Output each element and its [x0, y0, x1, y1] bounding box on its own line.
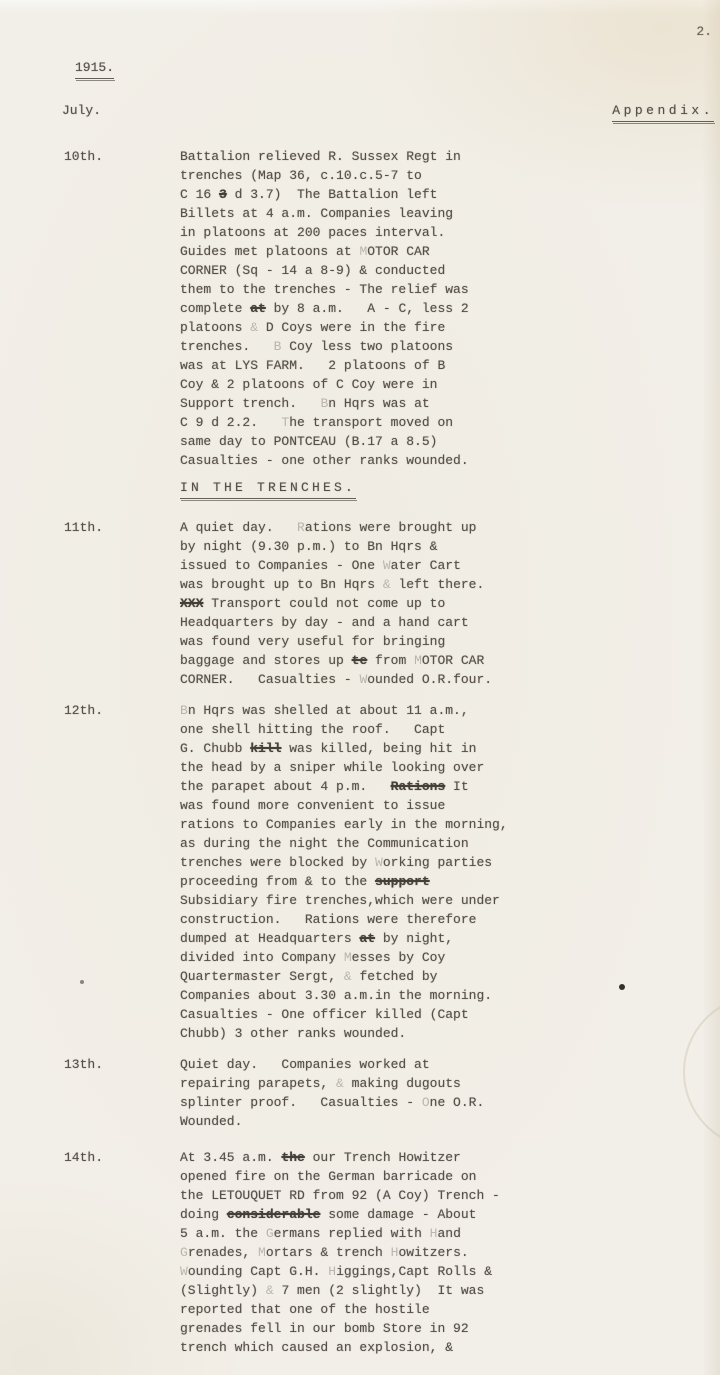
text-line: same day to PONTCEAU (B.17 a 8.5): [180, 432, 710, 451]
text-segment: (Slightly): [180, 1283, 266, 1298]
text-segment: orking parties: [383, 855, 492, 870]
text-segment: was found very useful for bringing: [180, 634, 445, 649]
text-segment: fetched by: [352, 969, 438, 984]
entry-date: 10th.: [64, 147, 180, 470]
text-segment: Casualties - one other ranks wounded.: [180, 453, 469, 468]
text-line: the head by a sniper while looking over: [180, 758, 710, 777]
text-segment: OTOR CAR: [422, 653, 484, 668]
text-line: XXX Transport could not come up to: [180, 594, 710, 613]
text-segment: Battalion relieved R. Sussex Regt in: [180, 149, 461, 164]
text-line: rations to Companies early in the mornin…: [180, 815, 710, 834]
text-segment: Companies about 3.30 a.m.in the morning.: [180, 988, 492, 1003]
text-segment: by 8 a.m. A - C, less 2: [266, 301, 469, 316]
text-line: Wounding Capt G.H. Higgings,Capt Rolls &: [180, 1262, 710, 1281]
text-line: as during the night the Communication: [180, 834, 710, 853]
text-segment: and: [437, 1226, 460, 1241]
text-segment: the: [281, 1150, 304, 1165]
text-segment: at: [250, 301, 266, 316]
text-segment: &: [250, 320, 258, 335]
text-segment: trenches (Map 36, c.10.c.5-7 to: [180, 168, 422, 183]
text-segment: issued to Companies - One: [180, 558, 383, 573]
diary-entry-13th: 13th.Quiet day. Companies worked atrepai…: [64, 1055, 710, 1131]
text-line: trenches were blocked by Working parties: [180, 853, 710, 872]
text-segment: rations to Companies early in the mornin…: [180, 817, 508, 832]
section-heading-text: IN THE TRENCHES.: [180, 478, 356, 499]
text-line: C 16 3 d 3.7) The Battalion left: [180, 185, 710, 204]
text-line: Grenades, Mortars & trench Howitzers.: [180, 1243, 710, 1262]
text-line: opened fire on the German barricade on: [180, 1167, 710, 1186]
text-segment: C 9 d 2.2.: [180, 415, 281, 430]
appendix-text: Appendix.: [612, 101, 714, 122]
text-segment: M: [414, 653, 422, 668]
text-line: splinter proof. Casualties - One O.R.: [180, 1093, 710, 1112]
text-segment: XXX: [180, 596, 203, 611]
text-segment: was killed, being hit in: [281, 741, 476, 756]
text-line: Chubb) 3 other ranks wounded.: [180, 1024, 710, 1043]
entry-body: Quiet day. Companies worked atrepairing …: [180, 1055, 710, 1131]
text-segment: complete: [180, 301, 250, 316]
text-segment: &: [266, 1283, 274, 1298]
text-segment: Wounded.: [180, 1114, 242, 1129]
ink-speck: [80, 980, 84, 984]
text-line: platoons & D Coys were in the fire: [180, 318, 710, 337]
text-segment: W: [383, 558, 391, 573]
text-segment: OTOR CAR: [367, 244, 429, 259]
text-line: Casualties - One officer killed (Capt: [180, 1005, 710, 1024]
text-segment: It: [445, 779, 468, 794]
text-segment: was brought up to Bn Hqrs: [180, 577, 383, 592]
text-line: G. Chubb kill was killed, being hit in: [180, 739, 710, 758]
text-segment: R: [297, 520, 305, 535]
text-segment: Chubb) 3 other ranks wounded.: [180, 1026, 406, 1041]
text-line: trench which caused an explosion, &: [180, 1338, 710, 1357]
text-segment: CORNER (Sq - 14 a 8-9) & conducted: [180, 263, 445, 278]
text-line: proceeding from & to the support: [180, 872, 710, 891]
appendix-label: Appendix.: [612, 101, 714, 122]
text-segment: H: [328, 1264, 336, 1279]
text-segment: ne O.R.: [430, 1095, 485, 1110]
text-line: Quiet day. Companies worked at: [180, 1055, 710, 1074]
entry-date: 12th.: [64, 701, 180, 1043]
text-line: Casualties - one other ranks wounded.: [180, 451, 710, 470]
text-segment: At 3.45 a.m.: [180, 1150, 281, 1165]
text-line: the LETOUQUET RD from 92 (A Coy) Trench …: [180, 1186, 710, 1205]
text-segment: opened fire on the German barricade on: [180, 1169, 476, 1184]
entry-body: At 3.45 a.m. the our Trench Howitzeropen…: [180, 1148, 710, 1357]
text-line: trenches. B Coy less two platoons: [180, 337, 710, 356]
text-segment: Billets at 4 a.m. Companies leaving: [180, 206, 453, 221]
text-segment: the parapet about 4 p.m.: [180, 779, 391, 794]
entry-date: 11th.: [64, 518, 180, 689]
text-line: was at LYS FARM. 2 platoons of B: [180, 356, 710, 375]
entry-date: 14th.: [64, 1148, 180, 1357]
text-line: baggage and stores up te from MOTOR CAR: [180, 651, 710, 670]
text-segment: Transport could not come up to: [203, 596, 445, 611]
text-segment: the LETOUQUET RD from 92 (A Coy) Trench …: [180, 1188, 500, 1203]
text-segment: divided into Company: [180, 950, 344, 965]
text-segment: Quartermaster Sergt,: [180, 969, 344, 984]
text-segment: same day to PONTCEAU (B.17 a 8.5): [180, 434, 437, 449]
text-segment: splinter proof. Casualties -: [180, 1095, 422, 1110]
text-segment: construction. Rations were therefore: [180, 912, 476, 927]
text-segment: platoons: [180, 320, 250, 335]
text-segment: ations were brought up: [305, 520, 477, 535]
text-segment: ounding Capt G.H.: [188, 1264, 328, 1279]
text-segment: 3: [219, 187, 227, 202]
text-line: Subsidiary fire trenches,which were unde…: [180, 891, 710, 910]
text-segment: iggings,Capt Rolls &: [336, 1264, 492, 1279]
text-segment: te: [352, 653, 368, 668]
text-segment: some damage - About: [320, 1207, 476, 1222]
text-segment: 5 a.m. the: [180, 1226, 266, 1241]
diary-entry-11th: 11th.A quiet day. Rations were brought u…: [64, 518, 710, 689]
text-segment: d 3.7) The Battalion left: [227, 187, 438, 202]
text-segment: 7 men (2 slightly) It was: [274, 1283, 485, 1298]
text-segment: n Hqrs was at: [328, 396, 429, 411]
ink-speck: [619, 984, 625, 990]
text-line: them to the trenches - The relief was: [180, 280, 710, 299]
text-line: Guides met platoons at MOTOR CAR: [180, 242, 710, 261]
text-segment: C 16: [180, 187, 219, 202]
text-line: issued to Companies - One Water Cart: [180, 556, 710, 575]
entry-body: A quiet day. Rations were brought upby n…: [180, 518, 710, 689]
entry-date: 13th.: [64, 1055, 180, 1131]
text-segment: by night (9.30 p.m.) to Bn Hqrs &: [180, 539, 437, 554]
text-line: construction. Rations were therefore: [180, 910, 710, 929]
text-segment: trenches.: [180, 339, 274, 354]
year-heading: 1915.: [75, 58, 114, 79]
text-segment: doing: [180, 1207, 227, 1222]
text-segment: reported that one of the hostile: [180, 1302, 430, 1317]
text-line: repairing parapets, & making dugouts: [180, 1074, 710, 1093]
text-segment: grenades fell in our bomb Store in 92: [180, 1321, 469, 1336]
page-number: 2.: [696, 22, 712, 41]
text-line: dumped at Headquarters at by night,: [180, 929, 710, 948]
text-line: was found very useful for bringing: [180, 632, 710, 651]
text-segment: our Trench Howitzer: [305, 1150, 461, 1165]
text-line: Support trench. Bn Hqrs was at: [180, 394, 710, 413]
text-segment: Coy less two platoons: [281, 339, 453, 354]
text-segment: baggage and stores up: [180, 653, 352, 668]
text-line: reported that one of the hostile: [180, 1300, 710, 1319]
entry-body: Bn Hqrs was shelled at about 11 a.m.,one…: [180, 701, 710, 1043]
text-line: was found more convenient to issue: [180, 796, 710, 815]
section-heading: IN THE TRENCHES.: [180, 478, 710, 499]
text-line: Billets at 4 a.m. Companies leaving: [180, 204, 710, 223]
text-segment: owitzers.: [398, 1245, 468, 1260]
text-line: was brought up to Bn Hqrs & left there.: [180, 575, 710, 594]
text-segment: ortars & trench: [266, 1245, 391, 1260]
text-segment: by night,: [375, 931, 453, 946]
text-segment: &: [383, 577, 391, 592]
text-line: complete at by 8 a.m. A - C, less 2: [180, 299, 710, 318]
text-segment: O: [422, 1095, 430, 1110]
text-line: Bn Hqrs was shelled at about 11 a.m.,: [180, 701, 710, 720]
diary-blocks: 10th.Battalion relieved R. Sussex Regt i…: [64, 147, 710, 1357]
text-segment: &: [344, 969, 352, 984]
text-line: CORNER (Sq - 14 a 8-9) & conducted: [180, 261, 710, 280]
text-segment: support: [375, 874, 430, 889]
text-segment: was at LYS FARM. 2 platoons of B: [180, 358, 445, 373]
text-segment: W: [180, 1264, 188, 1279]
text-segment: G: [266, 1226, 274, 1241]
text-segment: CORNER. Casualties -: [180, 672, 359, 687]
text-segment: proceeding from & to the: [180, 874, 375, 889]
text-segment: ater Cart: [391, 558, 461, 573]
year-text: 1915.: [75, 58, 114, 79]
text-line: Wounded.: [180, 1112, 710, 1131]
text-segment: M: [258, 1245, 266, 1260]
text-segment: in platoons at 200 paces interval.: [180, 225, 445, 240]
text-line: C 9 d 2.2. The transport moved on: [180, 413, 710, 432]
text-segment: n Hqrs was shelled at about 11 a.m.,: [188, 703, 469, 718]
text-segment: one shell hitting the roof. Capt: [180, 722, 445, 737]
text-segment: Headquarters by day - and a hand cart: [180, 615, 469, 630]
text-line: Headquarters by day - and a hand cart: [180, 613, 710, 632]
text-segment: as during the night the Communication: [180, 836, 469, 851]
text-line: Companies about 3.30 a.m.in the morning.: [180, 986, 710, 1005]
text-line: A quiet day. Rations were brought up: [180, 518, 710, 537]
text-line: one shell hitting the roof. Capt: [180, 720, 710, 739]
text-segment: was found more convenient to issue: [180, 798, 445, 813]
text-segment: G. Chubb: [180, 741, 250, 756]
diary-entry-14th: 14th.At 3.45 a.m. the our Trench Howitze…: [64, 1148, 710, 1357]
entry-body: Battalion relieved R. Sussex Regt intren…: [180, 147, 710, 470]
text-line: Quartermaster Sergt, & fetched by: [180, 967, 710, 986]
text-segment: B: [180, 703, 188, 718]
text-segment: left there.: [391, 577, 485, 592]
text-line: Battalion relieved R. Sussex Regt in: [180, 147, 710, 166]
text-line: in platoons at 200 paces interval.: [180, 223, 710, 242]
text-line: At 3.45 a.m. the our Trench Howitzer: [180, 1148, 710, 1167]
text-line: (Slightly) & 7 men (2 slightly) It was: [180, 1281, 710, 1300]
text-segment: renades,: [188, 1245, 258, 1260]
text-segment: G: [180, 1245, 188, 1260]
text-line: divided into Company Messes by Coy: [180, 948, 710, 967]
text-segment: ermans replied with: [274, 1226, 430, 1241]
text-segment: them to the trenches - The relief was: [180, 282, 469, 297]
text-segment: dumped at Headquarters: [180, 931, 359, 946]
text-line: the parapet about 4 p.m. Rations It: [180, 777, 710, 796]
text-segment: Casualties - One officer killed (Capt: [180, 1007, 469, 1022]
text-line: doing considerable some damage - About: [180, 1205, 710, 1224]
diary-entry-10th: 10th.Battalion relieved R. Sussex Regt i…: [64, 147, 710, 470]
text-line: Coy & 2 platoons of C Coy were in: [180, 375, 710, 394]
text-segment: Rations: [391, 779, 446, 794]
text-segment: he transport moved on: [289, 415, 453, 430]
text-segment: Guides met platoons at: [180, 244, 359, 259]
text-segment: from: [367, 653, 414, 668]
text-segment: esses by Coy: [352, 950, 446, 965]
text-segment: trench which caused an explosion, &: [180, 1340, 453, 1355]
text-line: trenches (Map 36, c.10.c.5-7 to: [180, 166, 710, 185]
month-label: July.: [62, 101, 101, 120]
text-segment: Quiet day. Companies worked at: [180, 1057, 430, 1072]
text-segment: ounded O.R.four.: [367, 672, 492, 687]
text-segment: Subsidiary fire trenches,which were unde…: [180, 893, 500, 908]
text-line: CORNER. Casualties - Wounded O.R.four.: [180, 670, 710, 689]
text-line: 5 a.m. the Germans replied with Hand: [180, 1224, 710, 1243]
text-segment: repairing parapets,: [180, 1076, 336, 1091]
diary-entry-12th: 12th.Bn Hqrs was shelled at about 11 a.m…: [64, 701, 710, 1043]
text-segment: kill: [250, 741, 281, 756]
text-line: by night (9.30 p.m.) to Bn Hqrs &: [180, 537, 710, 556]
text-line: grenades fell in our bomb Store in 92: [180, 1319, 710, 1338]
text-segment: &: [336, 1076, 344, 1091]
text-segment: the head by a sniper while looking over: [180, 760, 484, 775]
text-segment: making dugouts: [344, 1076, 461, 1091]
text-segment: Support trench.: [180, 396, 320, 411]
text-segment: Coy & 2 platoons of C Coy were in: [180, 377, 437, 392]
text-segment: trenches were blocked by: [180, 855, 375, 870]
text-segment: considerable: [227, 1207, 321, 1222]
scanned-diary-page: 2. 1915. July. Appendix. 10th.Battalion …: [0, 0, 720, 1375]
text-segment: M: [344, 950, 352, 965]
text-segment: A quiet day.: [180, 520, 297, 535]
text-segment: D Coys were in the fire: [258, 320, 445, 335]
text-segment: at: [359, 931, 375, 946]
text-segment: W: [375, 855, 383, 870]
